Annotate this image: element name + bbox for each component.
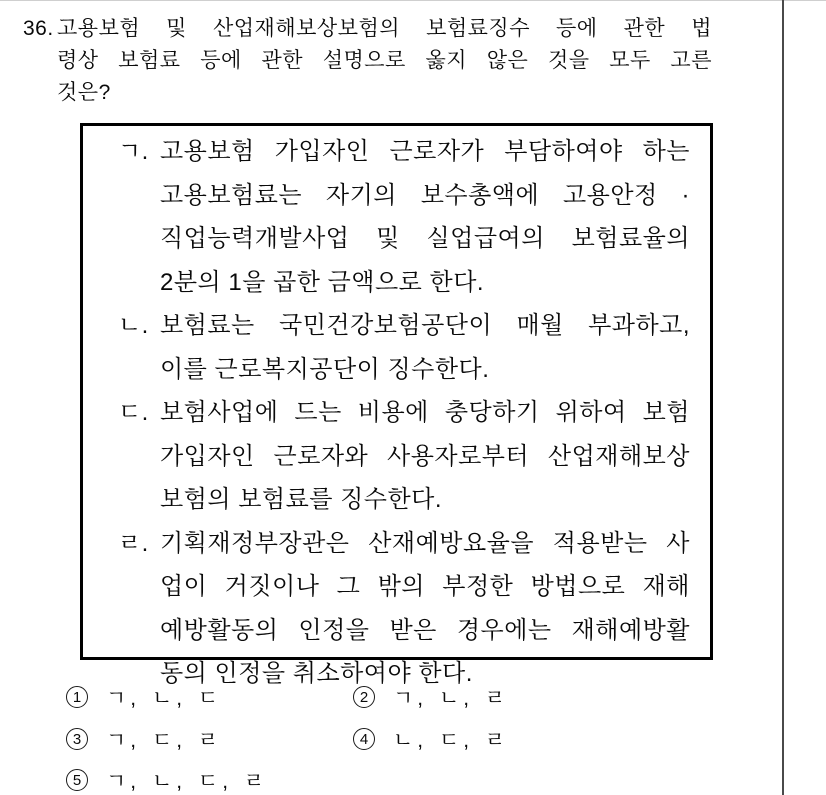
item-line: 예방활동의 인정을 받은 경우에는 재해예방활 xyxy=(160,609,690,653)
choice-option-5[interactable]: 5 ㄱ, ㄴ, ㄷ, ㄹ xyxy=(66,767,268,793)
item-nieun: ㄴ. 보험료는 국민건강보험공단이 매월 부과하고, 이를 근로복지공단이 징수… xyxy=(118,304,690,391)
question-number: 36. xyxy=(23,13,54,45)
item-line: 보험료는 국민건강보험공단이 매월 부과하고, xyxy=(160,304,690,348)
item-marker: ㄹ. xyxy=(118,522,149,566)
choice-text: ㄱ, ㄴ, ㄹ xyxy=(393,682,509,712)
item-line: 기획재정부장관은 산재예방요율을 적용받는 사 xyxy=(160,522,690,566)
choice-text: ㄴ, ㄷ, ㄹ xyxy=(393,724,509,754)
choice-number-badge: 1 xyxy=(66,686,88,708)
item-rieul: ㄹ. 기획재정부장관은 산재예방요율을 적용받는 사 업이 거짓이나 그 밖의 … xyxy=(118,522,690,696)
item-line: 고용보험료는 자기의 보수총액에 고용안정 · xyxy=(160,174,690,218)
choice-number-badge: 3 xyxy=(66,728,88,750)
page-top-edge-line xyxy=(0,0,826,1)
item-line: 이를 근로복지공단이 징수한다. xyxy=(160,348,690,392)
choice-option-2[interactable]: 2 ㄱ, ㄴ, ㄹ xyxy=(353,684,509,710)
choice-option-3[interactable]: 3 ㄱ, ㄷ, ㄹ xyxy=(66,726,222,752)
item-line: 2분의 1을 곱한 금액으로 한다. xyxy=(160,261,690,305)
item-marker: ㄴ. xyxy=(118,304,149,348)
item-marker: ㄱ. xyxy=(118,130,149,174)
choice-text: ㄱ, ㄴ, ㄷ, ㄹ xyxy=(106,765,268,795)
choice-text: ㄱ, ㄴ, ㄷ xyxy=(106,682,222,712)
question-line: 것은? xyxy=(57,77,712,109)
choice-number-badge: 5 xyxy=(66,769,88,791)
column-divider-line xyxy=(782,0,784,795)
choice-number-badge: 2 xyxy=(353,686,375,708)
item-line: 보험의 보험료를 징수한다. xyxy=(160,478,690,522)
item-giyeok: ㄱ. 고용보험 가입자인 근로자가 부담하여야 하는 고용보험료는 자기의 보수… xyxy=(118,130,690,304)
exam-page: 36. 고용보험 및 산업재해보상보험의 보험료징수 등에 관한 법 령상 보험… xyxy=(0,0,826,795)
items-box: ㄱ. 고용보험 가입자인 근로자가 부담하여야 하는 고용보험료는 자기의 보수… xyxy=(80,123,713,660)
item-line: 고용보험 가입자인 근로자가 부담하여야 하는 xyxy=(160,130,690,174)
item-line: 보험사업에 드는 비용에 충당하기 위하여 보험 xyxy=(160,391,690,435)
question-stem: 고용보험 및 산업재해보상보험의 보험료징수 등에 관한 법 령상 보험료 등에… xyxy=(57,13,712,109)
item-digeut: ㄷ. 보험사업에 드는 비용에 충당하기 위하여 보험 가입자인 근로자와 사용… xyxy=(118,391,690,522)
item-line: 가입자인 근로자와 사용자로부터 산업재해보상 xyxy=(160,435,690,479)
choice-option-4[interactable]: 4 ㄴ, ㄷ, ㄹ xyxy=(353,726,509,752)
item-marker: ㄷ. xyxy=(118,391,149,435)
choice-text: ㄱ, ㄷ, ㄹ xyxy=(106,724,222,754)
item-line: 업이 거짓이나 그 밖의 부정한 방법으로 재해 xyxy=(160,565,690,609)
choice-number-badge: 4 xyxy=(353,728,375,750)
item-line: 직업능력개발사업 및 실업급여의 보험료율의 xyxy=(160,217,690,261)
choice-option-1[interactable]: 1 ㄱ, ㄴ, ㄷ xyxy=(66,684,222,710)
question-line: 고용보험 및 산업재해보상보험의 보험료징수 등에 관한 법 xyxy=(57,13,712,45)
question-line: 령상 보험료 등에 관한 설명으로 옳지 않은 것을 모두 고른 xyxy=(57,45,712,77)
